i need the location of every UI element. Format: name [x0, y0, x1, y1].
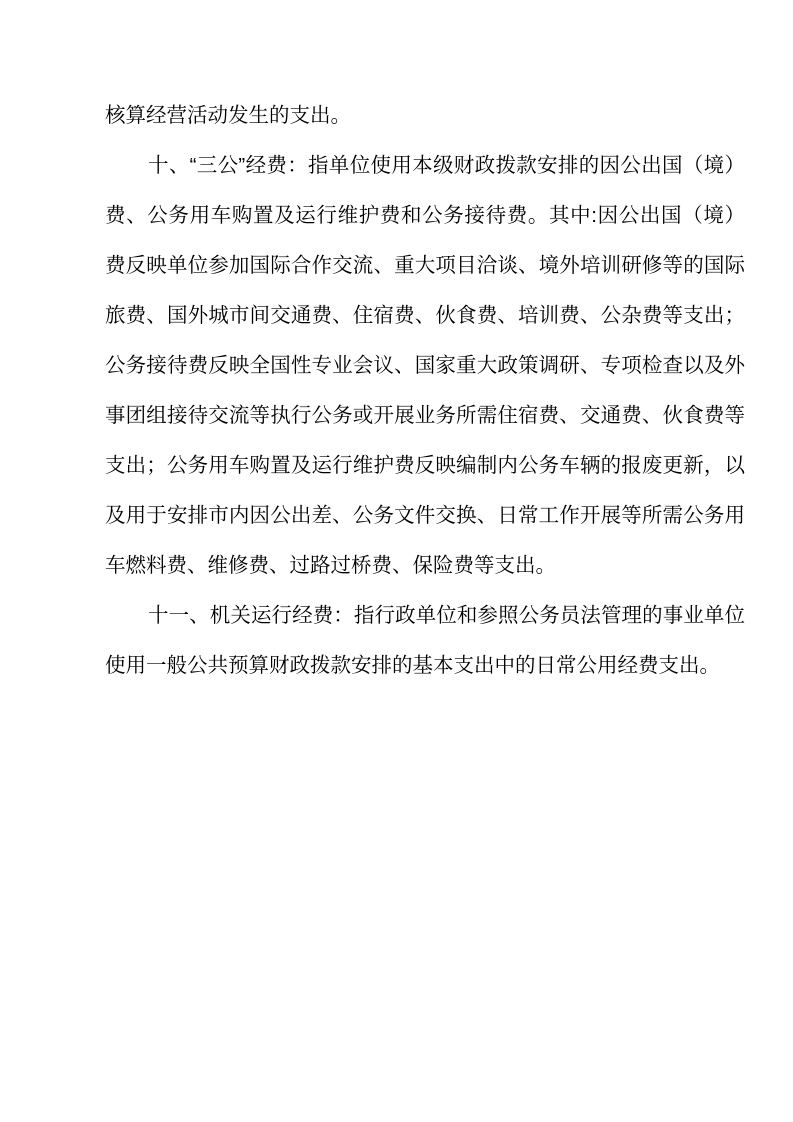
- text-line: 公务接待费反映全国性专业会议、国家重大政策调研、专项检查以及外: [105, 341, 745, 391]
- text-block: 核算经营活动发生的支出。 十、“三公”经费：指单位使用本级财政拨款安排的因公出国…: [105, 91, 745, 691]
- text-line: 十一、机关运行经费：指行政单位和参照公务员法管理的事业单位: [105, 591, 745, 641]
- text-line: 及用于安排市内因公出差、公务文件交换、日常工作开展等所需公务用: [105, 491, 745, 541]
- text-line: 车燃料费、维修费、过路过桥费、保险费等支出。: [105, 541, 745, 591]
- text-line: 费反映单位参加国际合作交流、重大项目洽谈、境外培训研修等的国际: [105, 241, 745, 291]
- text-line: 费、公务用车购置及运行维护费和公务接待费。其中:因公出国（境）: [105, 191, 745, 241]
- text-line: 核算经营活动发生的支出。: [105, 91, 745, 141]
- text-line: 事团组接待交流等执行公务或开展业务所需住宿费、交通费、伙食费等: [105, 391, 745, 441]
- text-line: 支出；公务用车购置及运行维护费反映编制内公务车辆的报废更新，以: [105, 441, 745, 491]
- text-line: 使用一般公共预算财政拨款安排的基本支出中的日常公用经费支出。: [105, 641, 745, 691]
- text-line: 十、“三公”经费：指单位使用本级财政拨款安排的因公出国（境）: [105, 141, 745, 191]
- text-line: 旅费、国外城市间交通费、住宿费、伙食费、培训费、公杂费等支出；: [105, 291, 745, 341]
- document-page: 核算经营活动发生的支出。 十、“三公”经费：指单位使用本级财政拨款安排的因公出国…: [0, 0, 793, 1122]
